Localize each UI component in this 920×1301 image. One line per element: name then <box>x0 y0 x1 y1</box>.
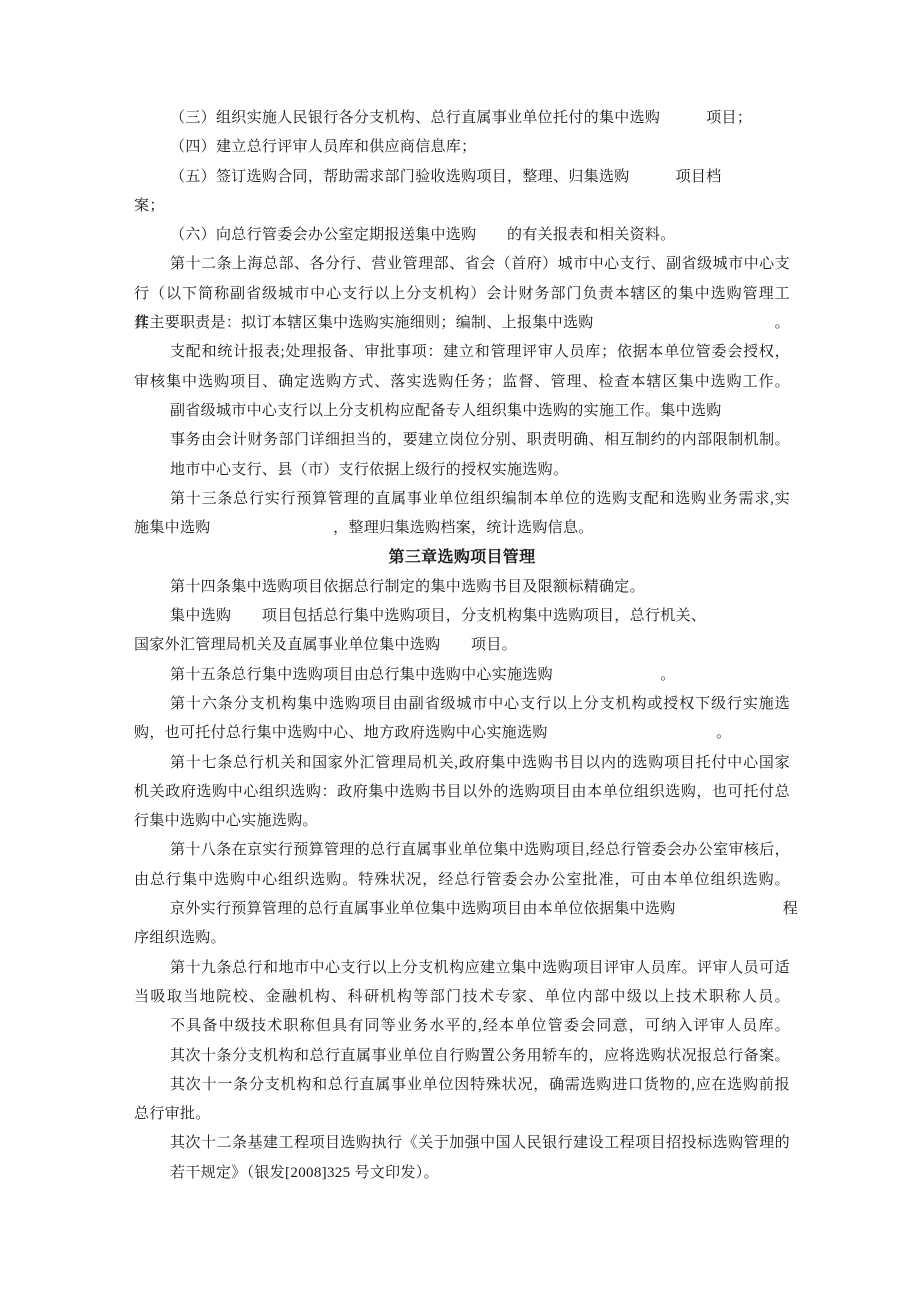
doc-line: 其次十二条基建工程项目选购执行《关于加强中国人民银行建设工程项目招投标选购管理的 <box>134 1129 790 1158</box>
doc-line: 第十五条总行集中选购项目由总行集中选购中心实施选购 。 <box>134 661 790 690</box>
doc-line: （六）向总行管委会办公室定期报送集中选购 的有关报表和相关资料。 <box>134 221 790 250</box>
doc-line: 支配和统计报表;处理报备、审批事项：建立和管理评审人员库；依据本单位管委会授权， <box>134 338 790 367</box>
doc-line: （五）签订选购合同，帮助需求部门验收选购项目，整理、归集选购 项目档 <box>134 163 790 192</box>
doc-line: 第十八条在京实行预算管理的总行直属事业单位集中选购项目,经总行管委会办公室审核后… <box>134 836 790 865</box>
doc-line: 第十三条总行实行预算管理的直属事业单位组织编制本单位的选购支配和选购业务需求,实 <box>134 485 790 514</box>
doc-line: 行集中选购中心实施选购。 <box>134 807 790 836</box>
doc-line: 第十四条集中选购项目依据总行制定的集中选购书目及限额标精确定。 <box>134 573 790 602</box>
doc-line: 施集中选购 ，整理归集选购档案，统计选购信息。 <box>134 514 790 543</box>
doc-line: 行（以下简称副省级城市中心支行以上分支机构）会计财务部门负责本辖区的集中选购管理… <box>134 280 790 309</box>
doc-line: 案； <box>134 192 790 221</box>
doc-line: 审核集中选购项目、确定选购方式、落实选购任务；监督、管理、检查本辖区集中选购工作… <box>134 368 790 397</box>
doc-line: 购，也可托付总行集中选购中心、地方政府选购中心实施选购 。 <box>134 719 790 748</box>
doc-line: 国家外汇管理局机关及直属事业单位集中选购 项目。 <box>134 631 790 660</box>
doc-line: 其次十一条分支机构和总行直属事业单位因特殊状况，确需选购进口货物的,应在选购前报 <box>134 1071 790 1100</box>
doc-line: 第十七条总行机关和国家外汇管理局机关,政府集中选购书目以内的选购项目托付中心国家 <box>134 749 790 778</box>
doc-line: 集中选购 项目包括总行集中选购项目，分支机构集中选购项目，总行机关、 <box>134 602 790 631</box>
doc-line: 其次十条分支机构和总行直属事业单位自行购置公务用轿车的，应将选购状况报总行备案。 <box>134 1042 790 1071</box>
doc-line: 副省级城市中心支行以上分支机构应配备专人组织集中选购的实施工作。集中选购 <box>134 397 790 426</box>
doc-line: 第十六条分支机构集中选购项目由副省级城市中心支行以上分支机构或授权下级行实施选 <box>134 690 790 719</box>
doc-line: 序组织选购。 <box>134 924 790 953</box>
doc-line: 若干规定》（银发[2008]325 号文印发）。 <box>134 1159 790 1188</box>
document-body: （三）组织实施人民银行各分支机构、总行直属事业单位托付的集中选购 项目；（四）建… <box>134 104 790 1188</box>
section-heading: 第三章选购项目管理 <box>134 543 790 572</box>
document-page: （三）组织实施人民银行各分支机构、总行直属事业单位托付的集中选购 项目；（四）建… <box>0 0 920 1301</box>
doc-line: 当吸取当地院校、金融机构、科研机构等部门技术专家、单位内部中级以上技术职称人员。 <box>134 983 790 1012</box>
doc-line: 事务由会计财务部门详细担当的，要建立岗位分别、职责明确、相互制约的内部限制机制。 <box>134 426 790 455</box>
doc-line: 第十九条总行和地市中心支行以上分支机构应建立集中选购项目评审人员库。评审人员可适 <box>134 954 790 983</box>
doc-line: 由总行集中选购中心组织选购。特殊状况，经总行管委会办公室批准，可由本单位组织选购… <box>134 866 790 895</box>
doc-line: （三）组织实施人民银行各分支机构、总行直属事业单位托付的集中选购 项目； <box>134 104 790 133</box>
doc-line: 不具备中级技术职称但具有同等业务水平的,经本单位管委会同意，可纳入评审人员库。 <box>134 1012 790 1041</box>
doc-line: 第十二条上海总部、各分行、营业管理部、省会（首府）城市中心支行、副省级城市中心支 <box>134 250 790 279</box>
doc-line: （四）建立总行评审人员库和供应商信息库； <box>134 133 790 162</box>
doc-line: 京外实行预算管理的总行直属事业单位集中选购项目由本单位依据集中选购 程 <box>134 895 790 924</box>
doc-line: 机关政府选购中心组织选购：政府集中选购书目以外的选购项目由本单位组织选购，也可托… <box>134 778 790 807</box>
doc-line: 地市中心支行、县（市）支行依据上级行的授权实施选购。 <box>134 456 790 485</box>
doc-line: 总行审批。 <box>134 1100 790 1129</box>
